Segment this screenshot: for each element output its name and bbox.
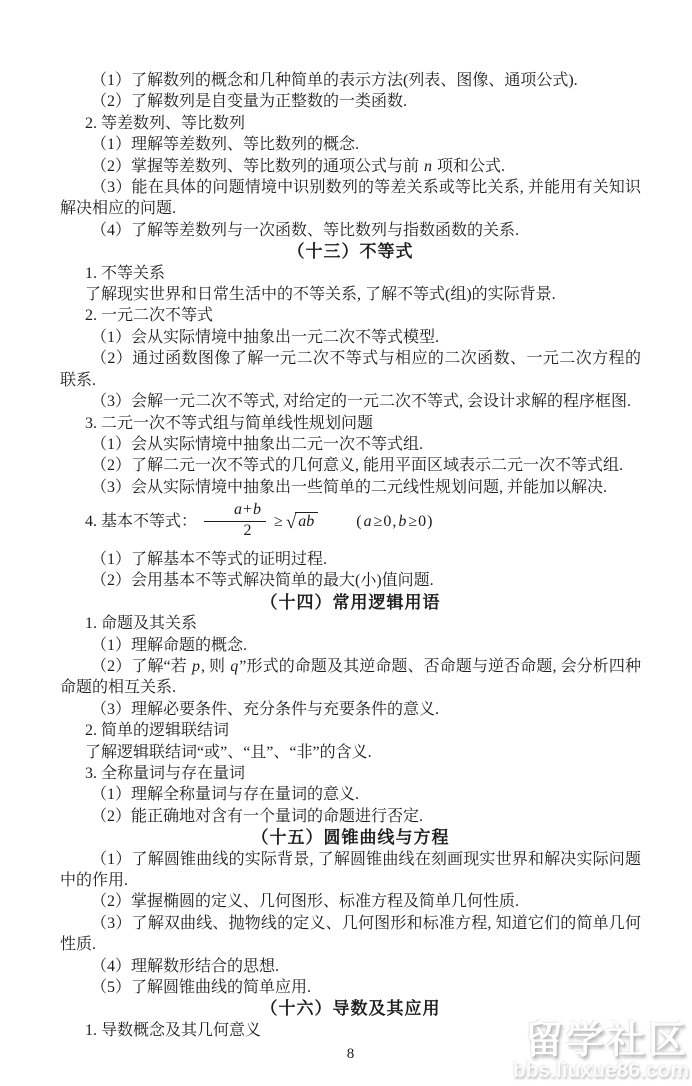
relation-symbol: ≥ <box>274 513 283 530</box>
doc-line: （3）会从实际情境中抽象出一些简单的二元线性规划问题, 并能加以解决. <box>60 477 641 498</box>
doc-line: （2）通过函数图像了解一元二次不等式与相应的二次函数、一元二次方程的联系. <box>60 348 641 391</box>
text-run: ( <box>356 513 362 530</box>
doc-line: 1. 命题及其关系 <box>60 613 641 634</box>
doc-line: 2. 一元二次不等式 <box>60 305 641 326</box>
doc-line: 了解逻辑联结词“或”、“且”、“非”的含义. <box>60 742 641 763</box>
doc-line: （3）会解一元二次不等式, 对给定的一元二次不等式, 会设计求解的程序框图. <box>60 391 641 412</box>
section-heading: （十五）圆锥曲线与方程 <box>60 827 641 848</box>
doc-line: （2）了解数列是自变量为正整数的一类函数. <box>60 91 641 112</box>
text-run: （2）掌握等差数列、等比数列的通项公式与前 <box>91 158 423 175</box>
doc-line: （1）理解命题的概念. <box>60 635 641 656</box>
doc-line: （2）了解“若 p, 则 q”形式的命题及其逆命题、否命题与逆否命题, 会分析四… <box>60 656 641 699</box>
doc-line: （2）掌握等差数列、等比数列的通项公式与前 n 项和公式. <box>60 156 641 177</box>
math-variable: a <box>233 501 243 518</box>
text-run: （2）了解“若 <box>91 658 191 675</box>
doc-line: （1）了解数列的概念和几种简单的表示方法(列表、图像、通项公式). <box>60 70 641 91</box>
math-variable: ab <box>297 513 315 530</box>
doc-line: 3. 全称量词与存在量词 <box>60 763 641 784</box>
math-variable: n <box>423 158 433 175</box>
doc-line: （1）理解全称量词与存在量词的意义. <box>60 784 641 805</box>
doc-line: （3）了解双曲线、抛物线的定义、几何图形和标准方程, 知道它们的简单几何性质. <box>60 913 641 956</box>
text-run: , 则 <box>201 658 229 675</box>
doc-line: 3. 二元一次不等式组与简单线性规划问题 <box>60 413 641 434</box>
text-run: 项和公式. <box>433 158 505 175</box>
doc-line: （1）会从实际情境中抽象出一元二次不等式模型. <box>60 327 641 348</box>
math-variable: b <box>397 513 408 530</box>
doc-line: 2. 等差数列、等比数列 <box>60 113 641 134</box>
document-body: （1）了解数列的概念和几种简单的表示方法(列表、图像、通项公式).（2）了解数列… <box>60 70 641 1066</box>
formula-fraction: a+b2 <box>204 501 266 540</box>
doc-line: （3）理解必要条件、充分条件与充要条件的意义. <box>60 699 641 720</box>
square-root: √ab <box>286 513 318 530</box>
doc-line: （2）掌握椭圆的定义、几何图形、标准方程及简单几何性质. <box>60 891 641 912</box>
doc-line: （1）了解圆锥曲线的实际背景, 了解圆锥曲线在刻画现实世界和解决实际问题中的作用… <box>60 849 641 892</box>
doc-line: （1）会从实际情境中抽象出二元一次不等式组. <box>60 434 641 455</box>
doc-line: （4）理解数形结合的思想. <box>60 956 641 977</box>
doc-line: 1. 不等关系 <box>60 263 641 284</box>
math-variable: p <box>191 658 201 675</box>
doc-line: （3）能在具体的问题情境中识别数列的等差关系或等比关系, 并能用有关知识解决相应… <box>60 177 641 220</box>
doc-line: （1）了解基本不等式的证明过程. <box>60 549 641 570</box>
formula-prefix: 4. 基本不等式： <box>85 513 197 530</box>
text-run: ≥0) <box>408 513 433 530</box>
doc-line: （5）了解圆锥曲线的简单应用. <box>60 977 641 998</box>
doc-line: （1）理解等差数列、等比数列的概念. <box>60 134 641 155</box>
section-heading: （十四）常用逻辑用语 <box>60 592 641 613</box>
doc-line: 了解现实世界和日常生活中的不等关系, 了解不等式(组)的实际背景. <box>60 284 641 305</box>
math-variable: q <box>229 658 239 675</box>
section-heading: （十三）不等式 <box>60 241 641 262</box>
doc-line: （2）会用基本不等式解决简单的最大(小)值问题. <box>60 570 641 591</box>
math-variable: a <box>363 513 374 530</box>
math-variable: b <box>252 501 262 518</box>
doc-line: （2）能正确地对含有一个量词的命题进行否定. <box>60 806 641 827</box>
section-heading: （十六）导数及其应用 <box>60 998 641 1019</box>
doc-line: （2）了解二元一次不等式的几何意义, 能用平面区域表示二元一次不等式组. <box>60 455 641 476</box>
watermark-title: 留学社区 <box>513 1022 689 1062</box>
formula-line: 4. 基本不等式：a+b2≥√ab(a≥0,b≥0) <box>60 498 641 549</box>
document-page: （1）了解数列的概念和几种简单的表示方法(列表、图像、通项公式).（2）了解数列… <box>0 0 692 1086</box>
watermark-url: bbs.liuxue86.com <box>513 1060 689 1082</box>
watermark: 留学社区 bbs.liuxue86.com <box>513 1022 689 1082</box>
text-run: ≥0, <box>374 513 398 530</box>
formula-condition: (a≥0,b≥0) <box>356 513 433 530</box>
text-run: + <box>243 501 252 518</box>
doc-line: 2. 简单的逻辑联结词 <box>60 720 641 741</box>
doc-line: （4）了解等差数列与一次函数、等比数列与指数函数的关系. <box>60 220 641 241</box>
